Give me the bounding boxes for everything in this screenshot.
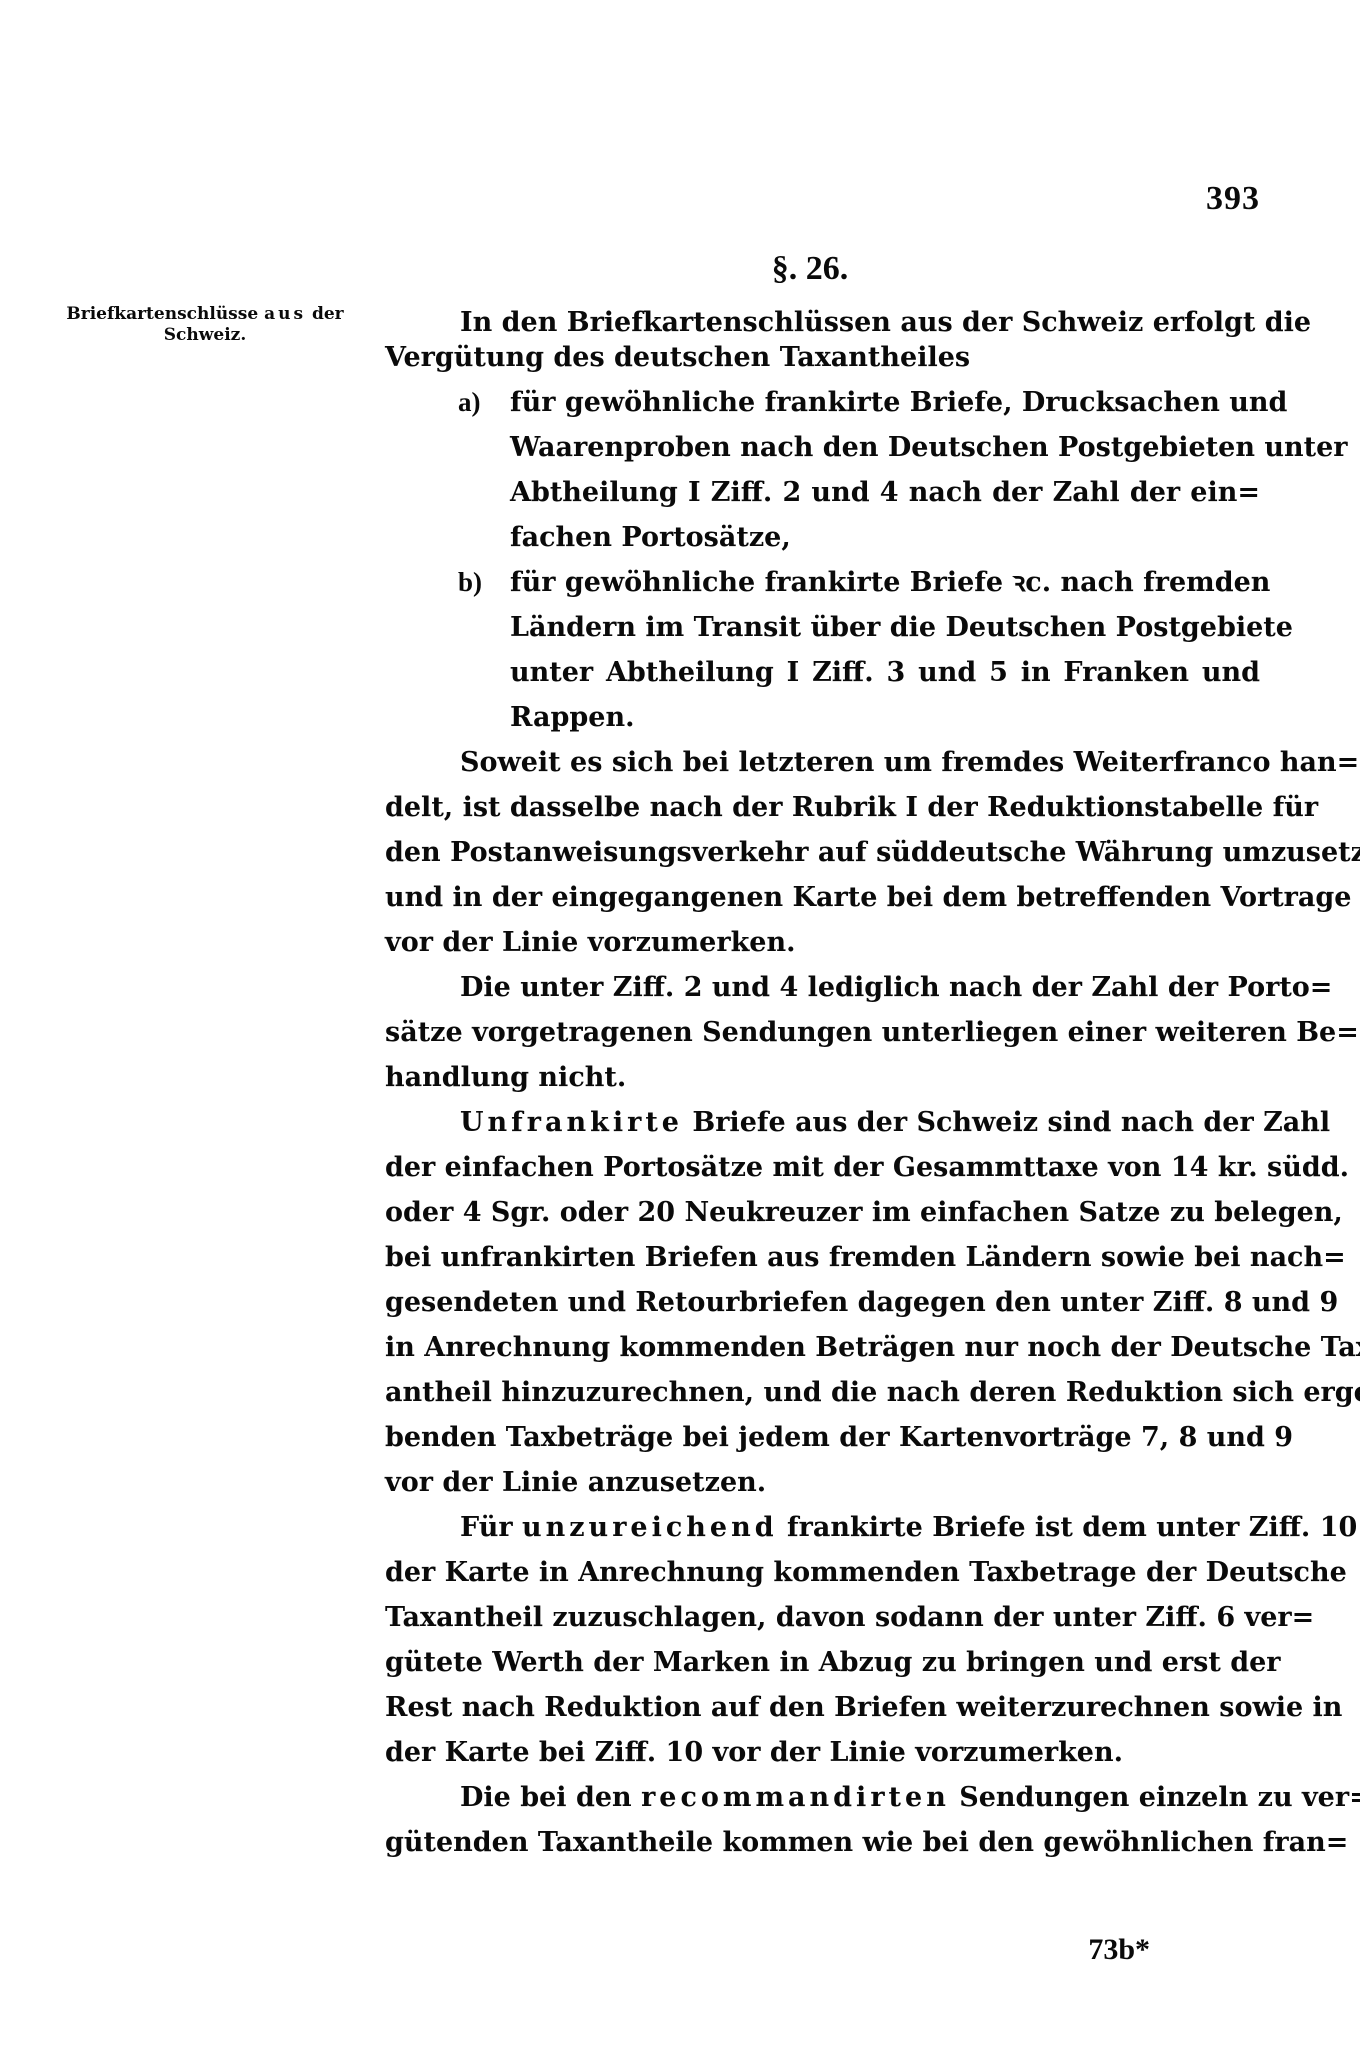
text-line: handlung nicht. xyxy=(385,1055,1260,1100)
paragraph-1: In den Briefkartenschlüssen aus der Schw… xyxy=(385,300,1260,380)
line-text: frankirte Briefe ist dem unter Ziff. 10 xyxy=(787,1512,1357,1543)
text-line: der Karte in Anrechnung kommenden Taxbet… xyxy=(385,1550,1260,1595)
text-line: vor der Linie vorzumerken. xyxy=(385,920,1260,965)
signature-mark: 73b* xyxy=(1000,1933,1150,1967)
paragraph-6: Die bei den recommandirten Sendungen ein… xyxy=(385,1775,1260,1865)
list-marker: a) xyxy=(458,380,510,425)
paragraph-4: Unfrankirte Briefe aus der Schweiz sind … xyxy=(385,1100,1260,1505)
list-marker: b) xyxy=(458,560,510,605)
text-line: unter Abtheilung I Ziff. 3 und 5 in Fran… xyxy=(385,650,1260,695)
margin-note-spaced-word: aus xyxy=(264,304,306,324)
text-line: gesendeten und Retourbriefen dagegen den… xyxy=(385,1280,1260,1325)
body-text: In den Briefkartenschlüssen aus der Schw… xyxy=(385,300,1260,1865)
text-line: in Anrechnung kommenden Beträgen nur noc… xyxy=(385,1325,1260,1370)
emphasized-word: Unfrankirte xyxy=(460,1107,683,1138)
text-line: gütenden Taxantheile kommen wie bei den … xyxy=(385,1820,1260,1865)
text-line: oder 4 Sgr. oder 20 Neukreuzer im einfac… xyxy=(385,1190,1260,1235)
text-line: Ländern im Transit über die Deutschen Po… xyxy=(385,605,1260,650)
margin-note-word: der xyxy=(312,304,344,324)
line-text: Sendungen einzeln zu ver= xyxy=(959,1782,1360,1813)
text-line: antheil hinzuzurechnen, und die nach der… xyxy=(385,1370,1260,1415)
text-line: fachen Portosätze, xyxy=(385,515,1260,560)
text-line: und in der eingegangenen Karte bei dem b… xyxy=(385,875,1260,920)
emphasized-word: recommandirten xyxy=(641,1782,950,1813)
text-line: Soweit es sich bei letzteren um fremdes … xyxy=(385,740,1260,785)
text-line: benden Taxbeträge bei jedem der Kartenvo… xyxy=(385,1415,1260,1460)
margin-note-line-2: Schweiz. xyxy=(40,325,370,346)
list-item-text: für gewöhnliche frankirte Briefe ꝛc. nac… xyxy=(510,567,1270,598)
section-heading: §. 26. xyxy=(740,250,880,288)
text-line: sätze vorgetragenen Sendungen unterliege… xyxy=(385,1010,1260,1055)
line-text: Für xyxy=(460,1512,513,1543)
text-line: Die bei den recommandirten Sendungen ein… xyxy=(385,1775,1260,1820)
margin-note-word: Briefkartenschlüsse xyxy=(66,304,258,324)
text-line: Taxantheil zuzuschlagen, davon sodann de… xyxy=(385,1595,1260,1640)
paragraph-2: Soweit es sich bei letzteren um fremdes … xyxy=(385,740,1260,965)
text-line: den Postanweisungsverkehr auf süddeutsch… xyxy=(385,830,1260,875)
text-line: delt, ist dasselbe nach der Rubrik I der… xyxy=(385,785,1260,830)
list-item-a: a)für gewöhnliche frankirte Briefe, Druc… xyxy=(385,380,1260,560)
paragraph-3: Die unter Ziff. 2 und 4 lediglich nach d… xyxy=(385,965,1260,1100)
text-line: gütete Werth der Marken in Abzug zu brin… xyxy=(385,1640,1260,1685)
text-line: Unfrankirte Briefe aus der Schweiz sind … xyxy=(385,1100,1260,1145)
list-item-b: b)für gewöhnliche frankirte Briefe ꝛc. n… xyxy=(385,560,1260,740)
text-line: Die unter Ziff. 2 und 4 lediglich nach d… xyxy=(385,965,1260,1010)
text-line: Waarenproben nach den Deutschen Postgebi… xyxy=(385,425,1260,470)
text-line: Für unzureichend frankirte Briefe ist de… xyxy=(385,1505,1260,1550)
text-line: a)für gewöhnliche frankirte Briefe, Druc… xyxy=(385,380,1260,425)
paragraph-5: Für unzureichend frankirte Briefe ist de… xyxy=(385,1505,1260,1775)
page-number: 393 xyxy=(1150,180,1260,218)
text-line: bei unfrankirten Briefen aus fremden Län… xyxy=(385,1235,1260,1280)
text-line: Abtheilung I Ziff. 2 und 4 nach der Zahl… xyxy=(385,470,1260,515)
margin-note-line-1: Briefkartenschlüsse aus der xyxy=(40,304,370,325)
text-line: der Karte bei Ziff. 10 vor der Linie vor… xyxy=(385,1730,1260,1775)
text-line: Rest nach Reduktion auf den Briefen weit… xyxy=(385,1685,1260,1730)
text-line: b)für gewöhnliche frankirte Briefe ꝛc. n… xyxy=(385,560,1260,605)
emphasized-word: unzureichend xyxy=(522,1512,778,1543)
text-line: vor der Linie anzusetzen. xyxy=(385,1460,1260,1505)
text-line: der einfachen Portosätze mit der Gesammt… xyxy=(385,1145,1260,1190)
margin-note: Briefkartenschlüsse aus der Schweiz. xyxy=(40,304,370,346)
line-text: Die bei den xyxy=(460,1782,632,1813)
text-line: Rappen. xyxy=(385,695,1260,740)
line-text: Briefe aus der Schweiz sind nach der Zah… xyxy=(692,1107,1330,1138)
list-item-text: für gewöhnliche frankirte Briefe, Drucks… xyxy=(510,387,1287,418)
